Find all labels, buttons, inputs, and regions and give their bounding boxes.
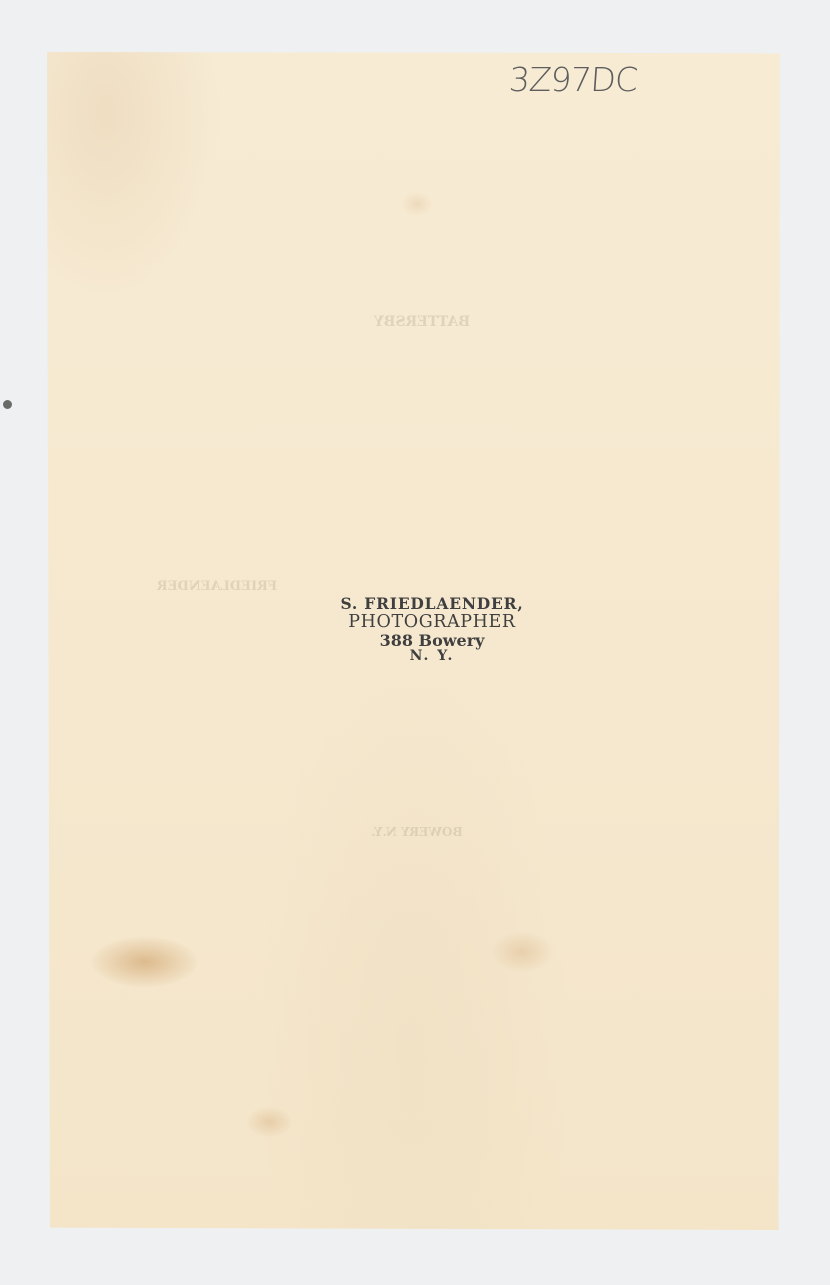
foxing-stain bbox=[247, 1107, 292, 1137]
imprint-address: 388 Bowery bbox=[307, 632, 557, 649]
card-back: 3Z97DC BATTERSBY FRIEDLAENDER BOWERY N.Y… bbox=[47, 52, 780, 1230]
offset-imprint-trace: BOWERY N.Y. bbox=[317, 825, 517, 839]
foxing-stain bbox=[92, 937, 197, 987]
foxing-stain bbox=[492, 932, 552, 972]
photographer-imprint: S. FRIEDLAENDER, PHOTOGRAPHER 388 Bowery… bbox=[307, 596, 557, 664]
imprint-name: S. FRIEDLAENDER, bbox=[307, 596, 557, 613]
foxing-stain bbox=[402, 192, 432, 216]
offset-imprint-trace: FRIEDLAENDER bbox=[117, 579, 317, 595]
offset-imprint-trace: BATTERSBY bbox=[322, 314, 522, 331]
imprint-city: N. Y. bbox=[307, 649, 557, 664]
imprint-title: PHOTOGRAPHER bbox=[307, 613, 557, 632]
scanner-dust-dot bbox=[3, 400, 12, 409]
pencil-catalog-number: 3Z97DC bbox=[508, 60, 639, 99]
